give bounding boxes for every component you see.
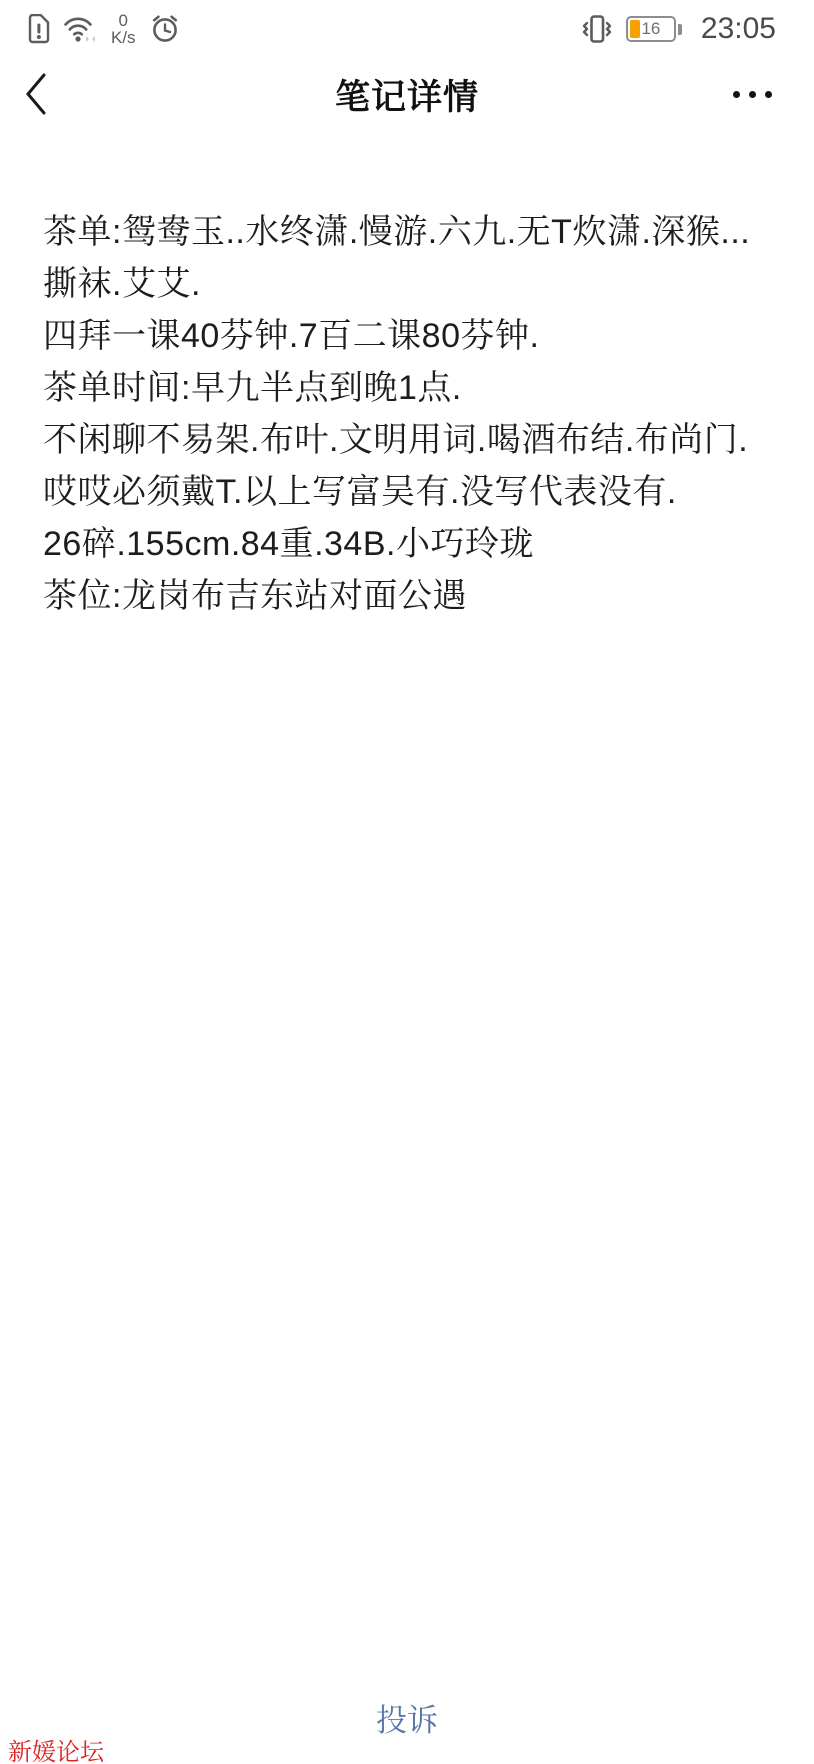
nav-bar: 笔记详情 (0, 58, 814, 132)
note-line: 26碎.155cm.84重.34B.小巧玲珑 (43, 518, 786, 570)
network-speed: 0 K/s (111, 12, 136, 46)
alarm-clock-icon (149, 13, 181, 45)
note-line: 哎哎必须戴T.以上写富吴有.没写代表没有. (43, 466, 786, 518)
forum-watermark: 新媛论坛 (8, 1732, 104, 1764)
network-speed-unit: K/s (111, 29, 136, 46)
battery-icon: 16 (626, 16, 676, 42)
note-line: 茶单时间:早九半点到晚1点. (43, 362, 786, 414)
battery-cap (678, 24, 682, 35)
note-line: 不闲聊不易架.布叶.文明用词.喝酒布结.布尚门. (43, 414, 786, 466)
sim-alert-icon (26, 14, 51, 45)
more-dots-icon (733, 91, 740, 98)
battery-indicator: 16 (626, 16, 682, 42)
note-content: 茶单:鸳鸯玉..水终潇.慢游.六九.无T炊潇.深猴... 撕袜.艾艾. 四拜一课… (43, 206, 786, 622)
report-button[interactable]: 投诉 (0, 1694, 814, 1741)
note-line: 撕袜.艾艾. (43, 258, 786, 310)
status-bar: 0 K/s 16 23:05 (0, 0, 814, 54)
page-title: 笔记详情 (0, 70, 814, 120)
wifi-icon (62, 14, 98, 44)
battery-level: 16 (628, 18, 674, 40)
more-menu-button[interactable] (724, 74, 780, 114)
status-right-group: 16 23:05 (579, 12, 776, 46)
note-line: 四拜一课40芬钟.7百二课80芬钟. (43, 310, 786, 362)
status-left-group: 0 K/s (26, 12, 181, 46)
note-line: 茶位:龙岗布吉东站对面公遇 (43, 570, 786, 622)
network-speed-value: 0 (119, 12, 128, 29)
vibrate-icon (579, 13, 615, 45)
note-line: 茶单:鸳鸯玉..水终潇.慢游.六九.无T炊潇.深猴... (43, 206, 786, 258)
status-time: 23:05 (701, 12, 776, 46)
